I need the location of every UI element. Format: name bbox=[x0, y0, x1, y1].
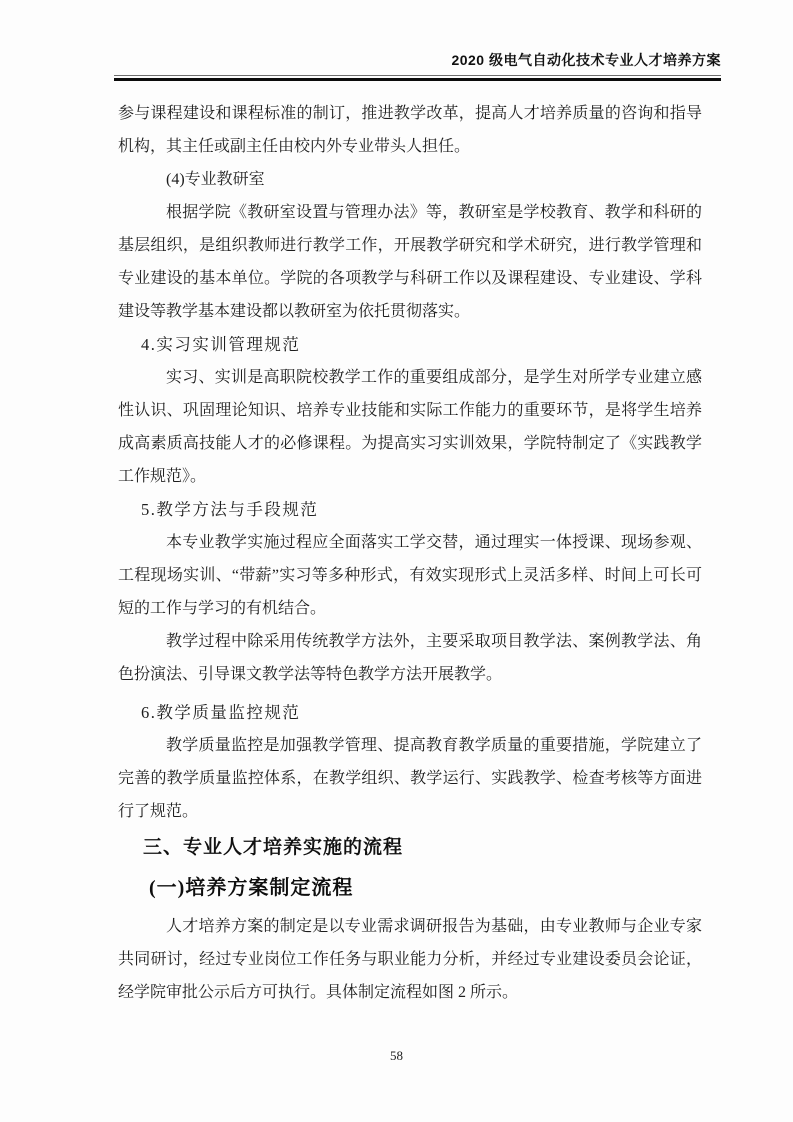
header-rule-thin bbox=[114, 75, 721, 76]
document-page: 2020 级电气自动化技术专业人才培养方案 参与课程建设和课程标准的制订，推进教… bbox=[0, 0, 793, 1122]
heading-section-5: 5.教学方法与手段规范 bbox=[118, 493, 702, 526]
heading-section-4: 4.实习实训管理规范 bbox=[118, 328, 702, 361]
page-footer: 58 bbox=[0, 1048, 793, 1064]
document-body: 参与课程建设和课程标准的制订，推进教学改革，提高人才培养质量的咨询和指导机构，其… bbox=[118, 97, 702, 1009]
heading-section-6: 6.教学质量监控规范 bbox=[118, 696, 702, 729]
paragraph: 人才培养方案的制定是以专业需求调研报告为基础，由专业教师与企业专家共同研讨，经过… bbox=[118, 910, 702, 1009]
paragraph: 教学过程中除采用传统教学方法外，主要采取项目教学法、案例教学法、角色扮演法、引导… bbox=[118, 625, 702, 691]
page-header: 2020 级电气自动化技术专业人才培养方案 bbox=[114, 50, 721, 81]
heading-subsection-1: (一)培养方案制定流程 bbox=[118, 870, 702, 907]
paragraph: 本专业教学实施过程应全面落实工学交替，通过理实一体授课、现场参观、工程现场实训、… bbox=[118, 526, 702, 625]
header-title: 2020 级电气自动化技术专业人才培养方案 bbox=[114, 50, 721, 75]
heading-chapter-3: 三、专业人才培养实施的流程 bbox=[118, 830, 702, 866]
numbered-item-label: (4)专业教研室 bbox=[118, 163, 702, 196]
paragraph: 教学质量监控是加强教学管理、提高教育教学质量的重要措施，学院建立了完善的教学质量… bbox=[118, 729, 702, 828]
paragraph: 根据学院《教研室设置与管理办法》等，教研室是学校教育、教学和科研的基层组织，是组… bbox=[118, 196, 702, 328]
page-number: 58 bbox=[390, 1048, 403, 1063]
paragraph: 实习、实训是高职院校教学工作的重要组成部分，是学生对所学专业建立感性认识、巩固理… bbox=[118, 361, 702, 493]
paragraph-continued: 参与课程建设和课程标准的制订，推进教学改革，提高人才培养质量的咨询和指导机构，其… bbox=[118, 97, 702, 163]
header-rule-thick bbox=[114, 78, 721, 81]
